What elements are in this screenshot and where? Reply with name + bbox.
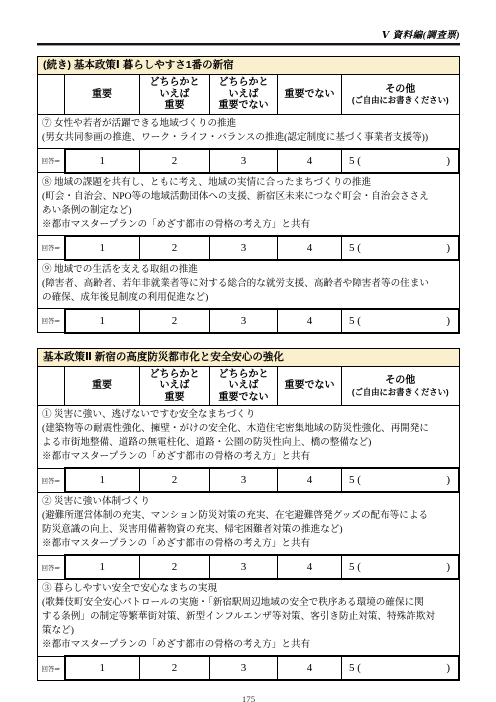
answer-other-close: ) [446,662,450,674]
item-line: ③ 暮らしやすい安全で安心なまちの実現 [42,582,456,596]
page-number: 175 [37,694,460,702]
item-line: (避難所運営体制の充実、マンション防災対策の充実、在宅避難啓発グッズの配布等によ… [42,509,456,523]
running-header: Ⅴ 資料編(調査票) [37,0,460,41]
item-line: ※都市マスタープランの「めざす都市の骨格の考え方」と共有 [42,638,456,652]
column-header-blank [38,366,65,406]
column-header-other: その他 (ご自由にお書きください) [342,75,460,115]
answer-other-close: ) [446,242,450,254]
answer-other-open: 5 ( [349,242,361,254]
answer-other-close: ) [446,561,450,573]
answer-option-1: 1 [65,468,140,492]
answer-option-4: 4 [278,149,342,173]
item-line: (建築物等の耐震性強化、擁壁・がけの安全化、木造住宅密集地域の防災性強化、再開発… [42,422,456,436]
answer-option-3: 3 [210,236,278,260]
item-line: あい条例の制定など) [42,204,456,218]
answer-option-3: 3 [210,149,278,173]
column-header-blank [38,75,65,115]
answer-option-1: 1 [65,656,140,680]
answer-option-3: 3 [210,656,278,680]
item-line: (町会・自治会、NPO等の地域活動団体への支援、新宿区未来につなぐ町会・自治会さ… [42,190,456,204]
answer-label: 回答⇒ [38,149,65,173]
answer-option-2: 2 [140,468,210,492]
item-row-2: ② 災害に強い体制づくり (避難所運営体制の充実、マンション防災対策の充実、在宅… [38,492,460,555]
column-header-not-important: 重要でない [278,75,342,115]
item-line: 防災意識の向上、災害用備蓄物資の充実、帰宅困難者対策の推進など) [42,523,456,537]
answer-option-3: 3 [210,555,278,579]
answer-other-close: ) [446,315,450,327]
answer-other-open: 5 ( [349,315,361,327]
item-line: ⑧ 地域の課題を共有し、ともに考え、地域の実情に合ったまちづくりの推進 [42,176,456,190]
answer-option-5-other: 5 ( ) [342,468,460,492]
answer-label: 回答⇒ [38,656,65,680]
item-line: ※都市マスタープランの「めざす都市の骨格の考え方」と共有 [42,450,456,464]
answer-option-4: 4 [278,656,342,680]
answer-row-2: 回答⇒ 1 2 3 4 5 ( ) [38,555,460,579]
table-title-row: 基本政策Ⅱ 新宿の高度防災都市化と安全安心の強化 [38,348,460,366]
answer-option-1: 1 [65,309,140,333]
item-line: ※都市マスタープランの「めざす都市の骨格の考え方」と共有 [42,218,456,232]
item-row-7: ⑦ 女性や若者が活躍できる地域づくりの推進 (男女共同参画の推進、ワーク・ライフ… [38,114,460,149]
column-header-row: 重要 どちらかと いえば 重要 どちらかと いえば 重要でない 重要でない その… [38,366,460,406]
answer-option-4: 4 [278,236,342,260]
answer-label: 回答⇒ [38,468,65,492]
item-line: 策など) [42,624,456,638]
answer-option-4: 4 [278,468,342,492]
answer-option-5-other: 5 ( ) [342,236,460,260]
answer-option-2: 2 [140,236,210,260]
column-header-somewhat-important: どちらかと いえば 重要 [140,75,210,115]
column-header-somewhat-important: どちらかと いえば 重要 [140,366,210,406]
answer-option-2: 2 [140,149,210,173]
item-row-3: ③ 暮らしやすい安全で安心なまちの実現 (歌舞伎町安全安心パトロールの実施・「新… [38,579,460,656]
policy-table-basic-policy-1: (続き) 基本政策Ⅰ 暮らしやすさ1番の新宿 重要 どちらかと いえば 重要 ど… [37,56,460,334]
item-line: よる市街地整備、道路の無電柱化、道路・公園の防災性向上、橋の整備など) [42,436,456,450]
answer-option-5-other: 5 ( ) [342,149,460,173]
answer-option-1: 1 [65,236,140,260]
answer-other-close: ) [446,155,450,167]
item-line: ⑨ 地域での生活を支える取組の推進 [42,263,456,277]
document-page: Ⅴ 資料編(調査票) (続き) 基本政策Ⅰ 暮らしやすさ1番の新宿 重要 どちら… [0,0,496,702]
answer-label: 回答⇒ [38,236,65,260]
answer-label: 回答⇒ [38,309,65,333]
answer-other-open: 5 ( [349,155,361,167]
table-title-row: (続き) 基本政策Ⅰ 暮らしやすさ1番の新宿 [38,57,460,75]
column-header-other: その他 (ご自由にお書きください) [342,366,460,406]
item-row-8: ⑧ 地域の課題を共有し、ともに考え、地域の実情に合ったまちづくりの推進 (町会・… [38,173,460,236]
answer-option-5-other: 5 ( ) [342,555,460,579]
column-header-row: 重要 どちらかと いえば 重要 どちらかと いえば 重要でない 重要でない その… [38,75,460,115]
answer-option-1: 1 [65,149,140,173]
answer-option-5-other: 5 ( ) [342,309,460,333]
answer-other-open: 5 ( [349,662,361,674]
answer-option-3: 3 [210,468,278,492]
item-row-1: ① 災害に強い、逃げないですむ安全なまちづくり (建築物等の耐震性強化、擁壁・が… [38,406,460,469]
column-header-somewhat-not-important: どちらかと いえば 重要でない [210,366,278,406]
answer-option-5-other: 5 ( ) [342,656,460,680]
item-line: する条例」の制定等繁華街対策、新型インフルエンザ等対策、客引き防止対策、特殊詐欺… [42,610,456,624]
table-title: 基本政策Ⅱ 新宿の高度防災都市化と安全安心の強化 [38,348,460,366]
item-line: (男女共同参画の推進、ワーク・ライフ・バランスの推進(認定制度に基づく事業者支援… [42,131,456,145]
answer-other-close: ) [446,474,450,486]
answer-option-2: 2 [140,309,210,333]
column-header-important: 重要 [65,75,140,115]
answer-row-7: 回答⇒ 1 2 3 4 5 ( ) [38,149,460,173]
item-line: ※都市マスタープランの「めざす都市の骨格の考え方」と共有 [42,537,456,551]
answer-option-1: 1 [65,555,140,579]
answer-option-4: 4 [278,309,342,333]
answer-label: 回答⇒ [38,555,65,579]
answer-row-8: 回答⇒ 1 2 3 4 5 ( ) [38,236,460,260]
answer-row-9: 回答⇒ 1 2 3 4 5 ( ) [38,309,460,333]
item-line: ② 災害に強い体制づくり [42,495,456,509]
answer-row-1: 回答⇒ 1 2 3 4 5 ( ) [38,468,460,492]
column-header-important: 重要 [65,366,140,406]
item-line: (歌舞伎町安全安心パトロールの実施・「新宿駅周辺地域の安全で秩序ある環境の確保に… [42,596,456,610]
item-line: (障害者、高齢者、若年非就業者等に対する総合的な就労支援、高齢者や障害者等の住ま… [42,277,456,291]
answer-option-3: 3 [210,309,278,333]
running-header-label: Ⅴ 資料編(調査票) [382,31,460,41]
answer-option-2: 2 [140,656,210,680]
header-rule [37,43,460,46]
item-line: の確保、成年後見制度の利用促進など) [42,291,456,305]
answer-other-open: 5 ( [349,561,361,573]
column-header-somewhat-not-important: どちらかと いえば 重要でない [210,75,278,115]
answer-option-2: 2 [140,555,210,579]
answer-other-open: 5 ( [349,474,361,486]
item-row-9: ⑨ 地域での生活を支える取組の推進 (障害者、高齢者、若年非就業者等に対する総合… [38,260,460,309]
table-title: (続き) 基本政策Ⅰ 暮らしやすさ1番の新宿 [38,57,460,75]
answer-row-3: 回答⇒ 1 2 3 4 5 ( ) [38,656,460,680]
item-line: ① 災害に強い、逃げないですむ安全なまちづくり [42,408,456,422]
answer-option-4: 4 [278,555,342,579]
policy-table-basic-policy-2: 基本政策Ⅱ 新宿の高度防災都市化と安全安心の強化 重要 どちらかと いえば 重要… [37,348,460,682]
item-line: ⑦ 女性や若者が活躍できる地域づくりの推進 [42,117,456,131]
column-header-not-important: 重要でない [278,366,342,406]
